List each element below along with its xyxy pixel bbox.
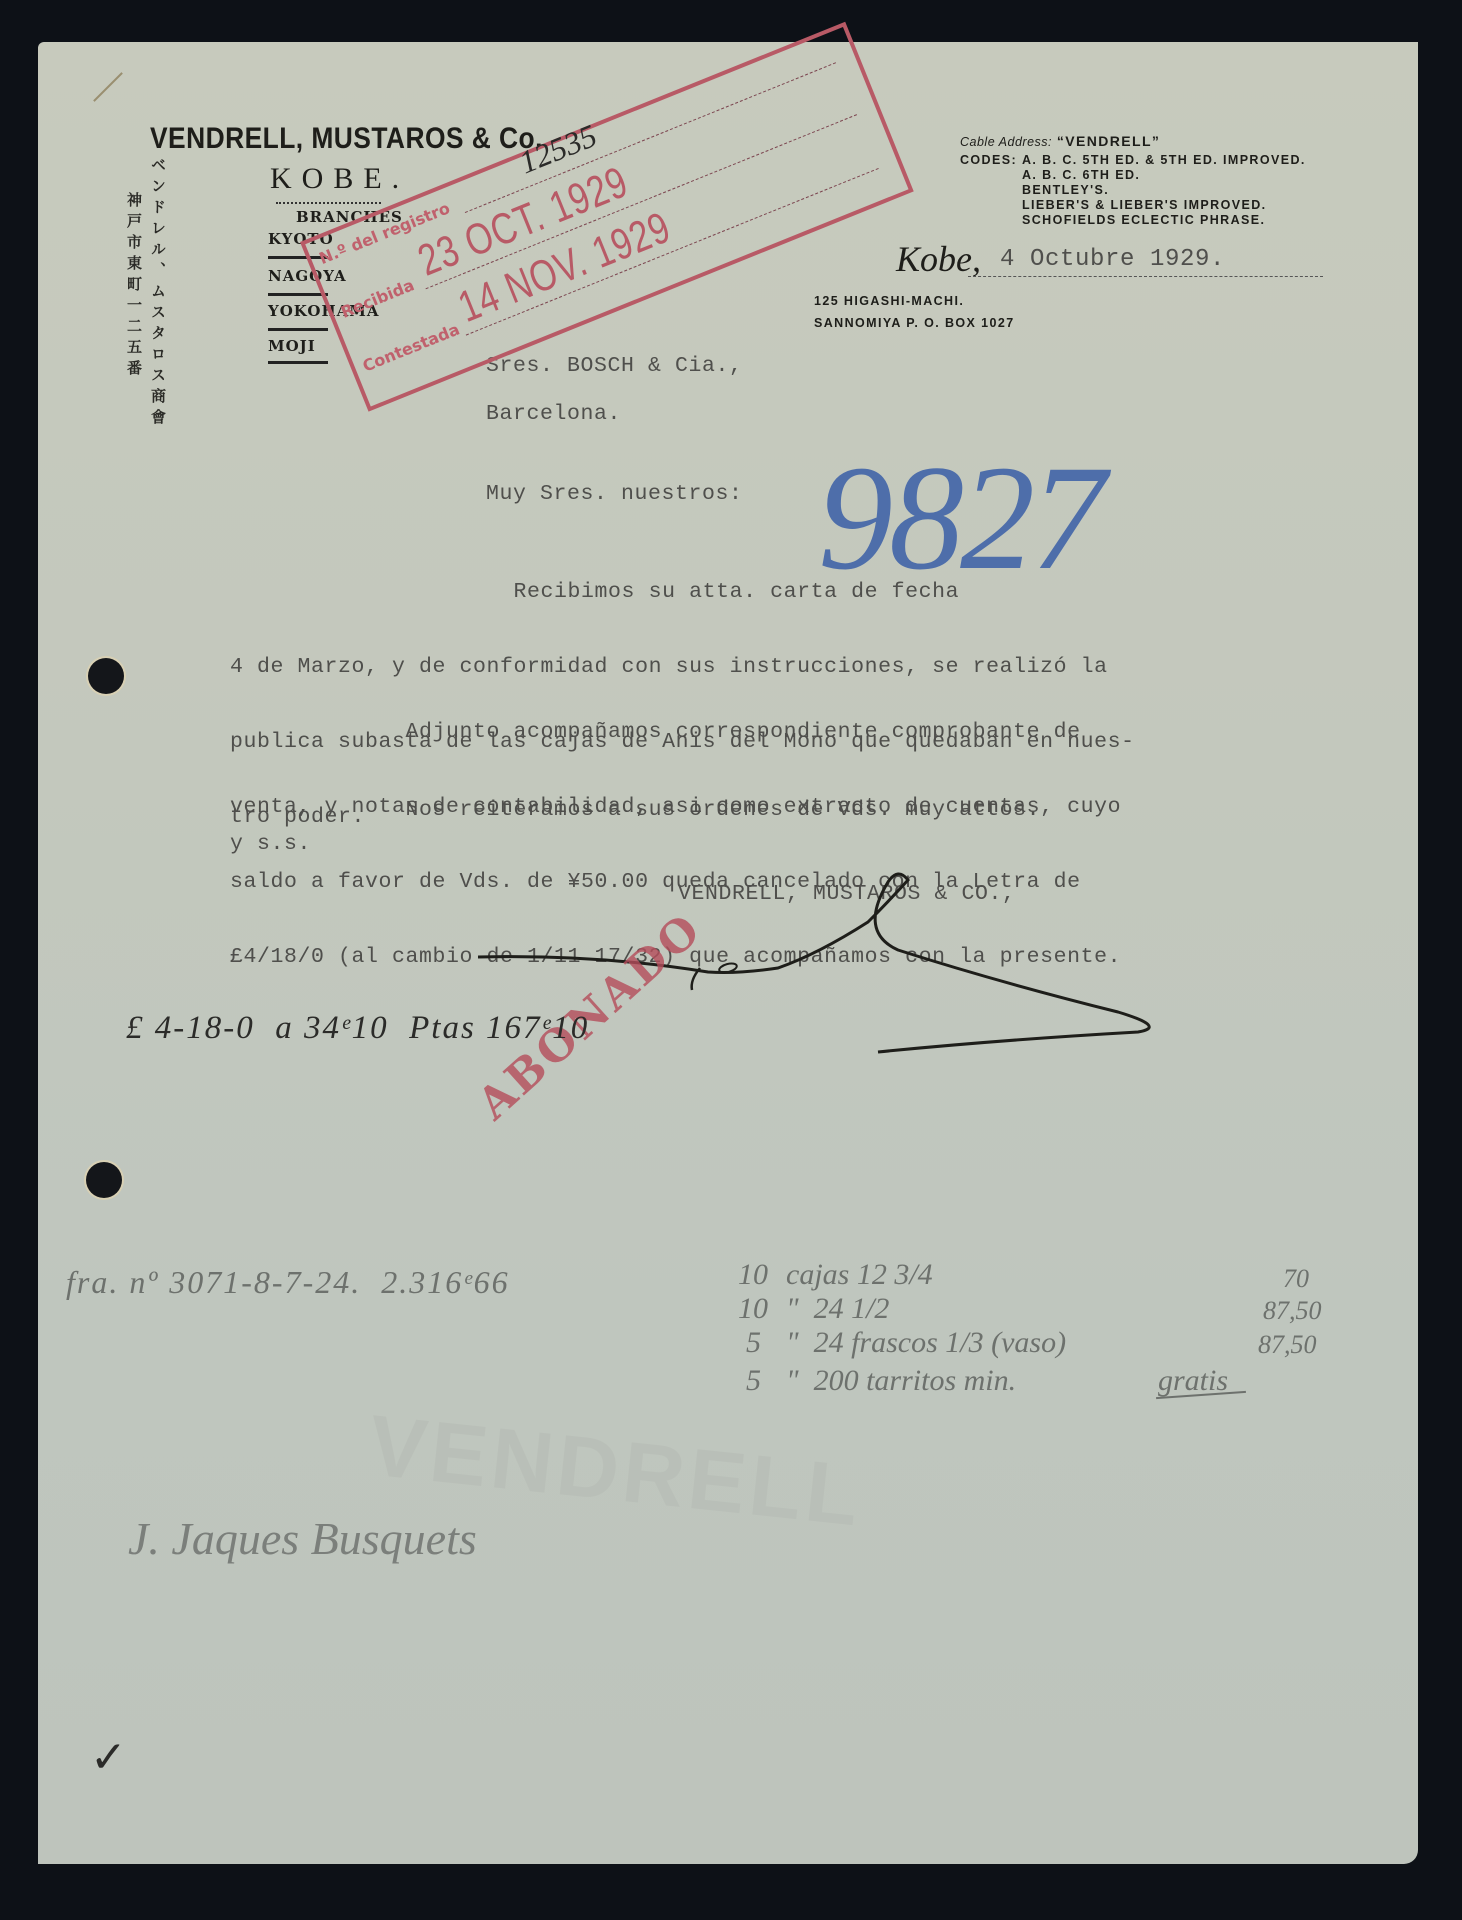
salutation: Muy Sres. nuestros: bbox=[486, 482, 743, 506]
item-desc: " 24 1/2 bbox=[786, 1292, 889, 1326]
date-dotted-rule bbox=[968, 276, 1323, 277]
item-desc: " 24 frascos 1/3 (vaso) bbox=[786, 1326, 1066, 1360]
code-line: LIEBER'S & LIEBER'S IMPROVED. bbox=[1022, 198, 1306, 213]
recipient-name: Sres. BOSCH & Cia., bbox=[486, 354, 743, 378]
item-row: 5 " 24 frascos 1/3 (vaso) 87,50 bbox=[738, 1326, 1338, 1364]
item-desc: cajas 12 3/4 bbox=[786, 1258, 933, 1292]
blue-pencil-number: 9827 bbox=[818, 432, 1102, 604]
branch-divider bbox=[268, 293, 328, 296]
item-qty: 5 bbox=[746, 1364, 761, 1398]
code-line: A. B. C. 6TH ED. bbox=[1022, 168, 1306, 183]
letter-date: 4 Octubre 1929. bbox=[1000, 246, 1225, 273]
branch-divider bbox=[268, 361, 328, 364]
pencil-signature: J. Jaques Busquets bbox=[128, 1512, 477, 1565]
check-mark-icon: ✓ bbox=[90, 1732, 127, 1783]
wavy-rule bbox=[276, 196, 381, 204]
item-price: 70 bbox=[1283, 1264, 1309, 1294]
punch-hole-top bbox=[88, 658, 124, 694]
item-price: 87,50 bbox=[1263, 1296, 1322, 1326]
company-name: VENDRELL, MUSTAROS & Co. bbox=[150, 122, 543, 156]
pound-conversion-note: £ 4-18-0 a 34ᵉ10 Ptas 167ᵉ10 bbox=[126, 1010, 589, 1047]
item-desc: " 200 tarritos min. bbox=[786, 1364, 1016, 1398]
recipient-city: Barcelona. bbox=[486, 402, 621, 426]
item-price: 87,50 bbox=[1258, 1330, 1317, 1360]
cable-address: “VENDRELL” bbox=[1057, 133, 1160, 149]
closing-ss: y s.s. bbox=[230, 832, 311, 856]
code-line: SCHOFIELDS ECLECTIC PHRASE. bbox=[1022, 213, 1306, 228]
codes-label: CODES: bbox=[960, 153, 1022, 228]
letterhead-city: KOBE. bbox=[270, 162, 409, 196]
japanese-address: 神戸市東町一二五番 bbox=[124, 192, 145, 381]
street-address: 125 HIGASHI-MACHI. SANNOMIYA P. O. BOX 1… bbox=[814, 290, 1015, 334]
japanese-company-name: ベンドレル、ムスタロス商會 bbox=[148, 157, 169, 430]
item-qty: 10 bbox=[738, 1258, 768, 1292]
code-line: A. B. C. 5TH ED. & 5TH ED. IMPROVED. bbox=[1022, 153, 1306, 168]
punch-hole-bottom bbox=[86, 1162, 122, 1198]
staple-marks bbox=[93, 72, 123, 102]
invoice-reference-note: fra. nº 3071-8-7-24. 2.316ᵉ66 bbox=[66, 1264, 510, 1301]
stamp-label-contestada: Contestada bbox=[360, 320, 462, 376]
closing-line: Nos reiteramos a sus ordenes de Vds. muy… bbox=[230, 798, 1040, 822]
cable-label: Cable Address: bbox=[960, 135, 1052, 149]
place-script: Kobe, bbox=[896, 238, 981, 280]
stamp-label-recibida: Recibida bbox=[338, 275, 417, 322]
item-row: 5 " 200 tarritos min. gratis bbox=[738, 1364, 1338, 1402]
item-qty: 5 bbox=[746, 1326, 761, 1360]
code-line: BENTLEY'S. bbox=[1022, 183, 1306, 198]
item-row: 10 " 24 1/2 87,50 bbox=[738, 1292, 1338, 1326]
cable-codes-block: Cable Address: “VENDRELL” CODES: A. B. C… bbox=[960, 134, 1306, 228]
branch-divider bbox=[268, 328, 328, 331]
items-list: 10 cajas 12 3/4 70 10 " 24 1/2 87,50 5 "… bbox=[738, 1258, 1338, 1402]
address-line-1: 125 HIGASHI-MACHI. bbox=[814, 290, 1015, 312]
address-line-2: SANNOMIYA P. O. BOX 1027 bbox=[814, 312, 1015, 334]
item-row: 10 cajas 12 3/4 70 bbox=[738, 1258, 1338, 1292]
item-qty: 10 bbox=[738, 1292, 768, 1326]
letter-sheet: VENDRELL, MUSTAROS & Co. KOBE. BRANCHES … bbox=[38, 42, 1418, 1864]
body-line: Adjunto acompañamos correspondiente comp… bbox=[230, 720, 1121, 745]
